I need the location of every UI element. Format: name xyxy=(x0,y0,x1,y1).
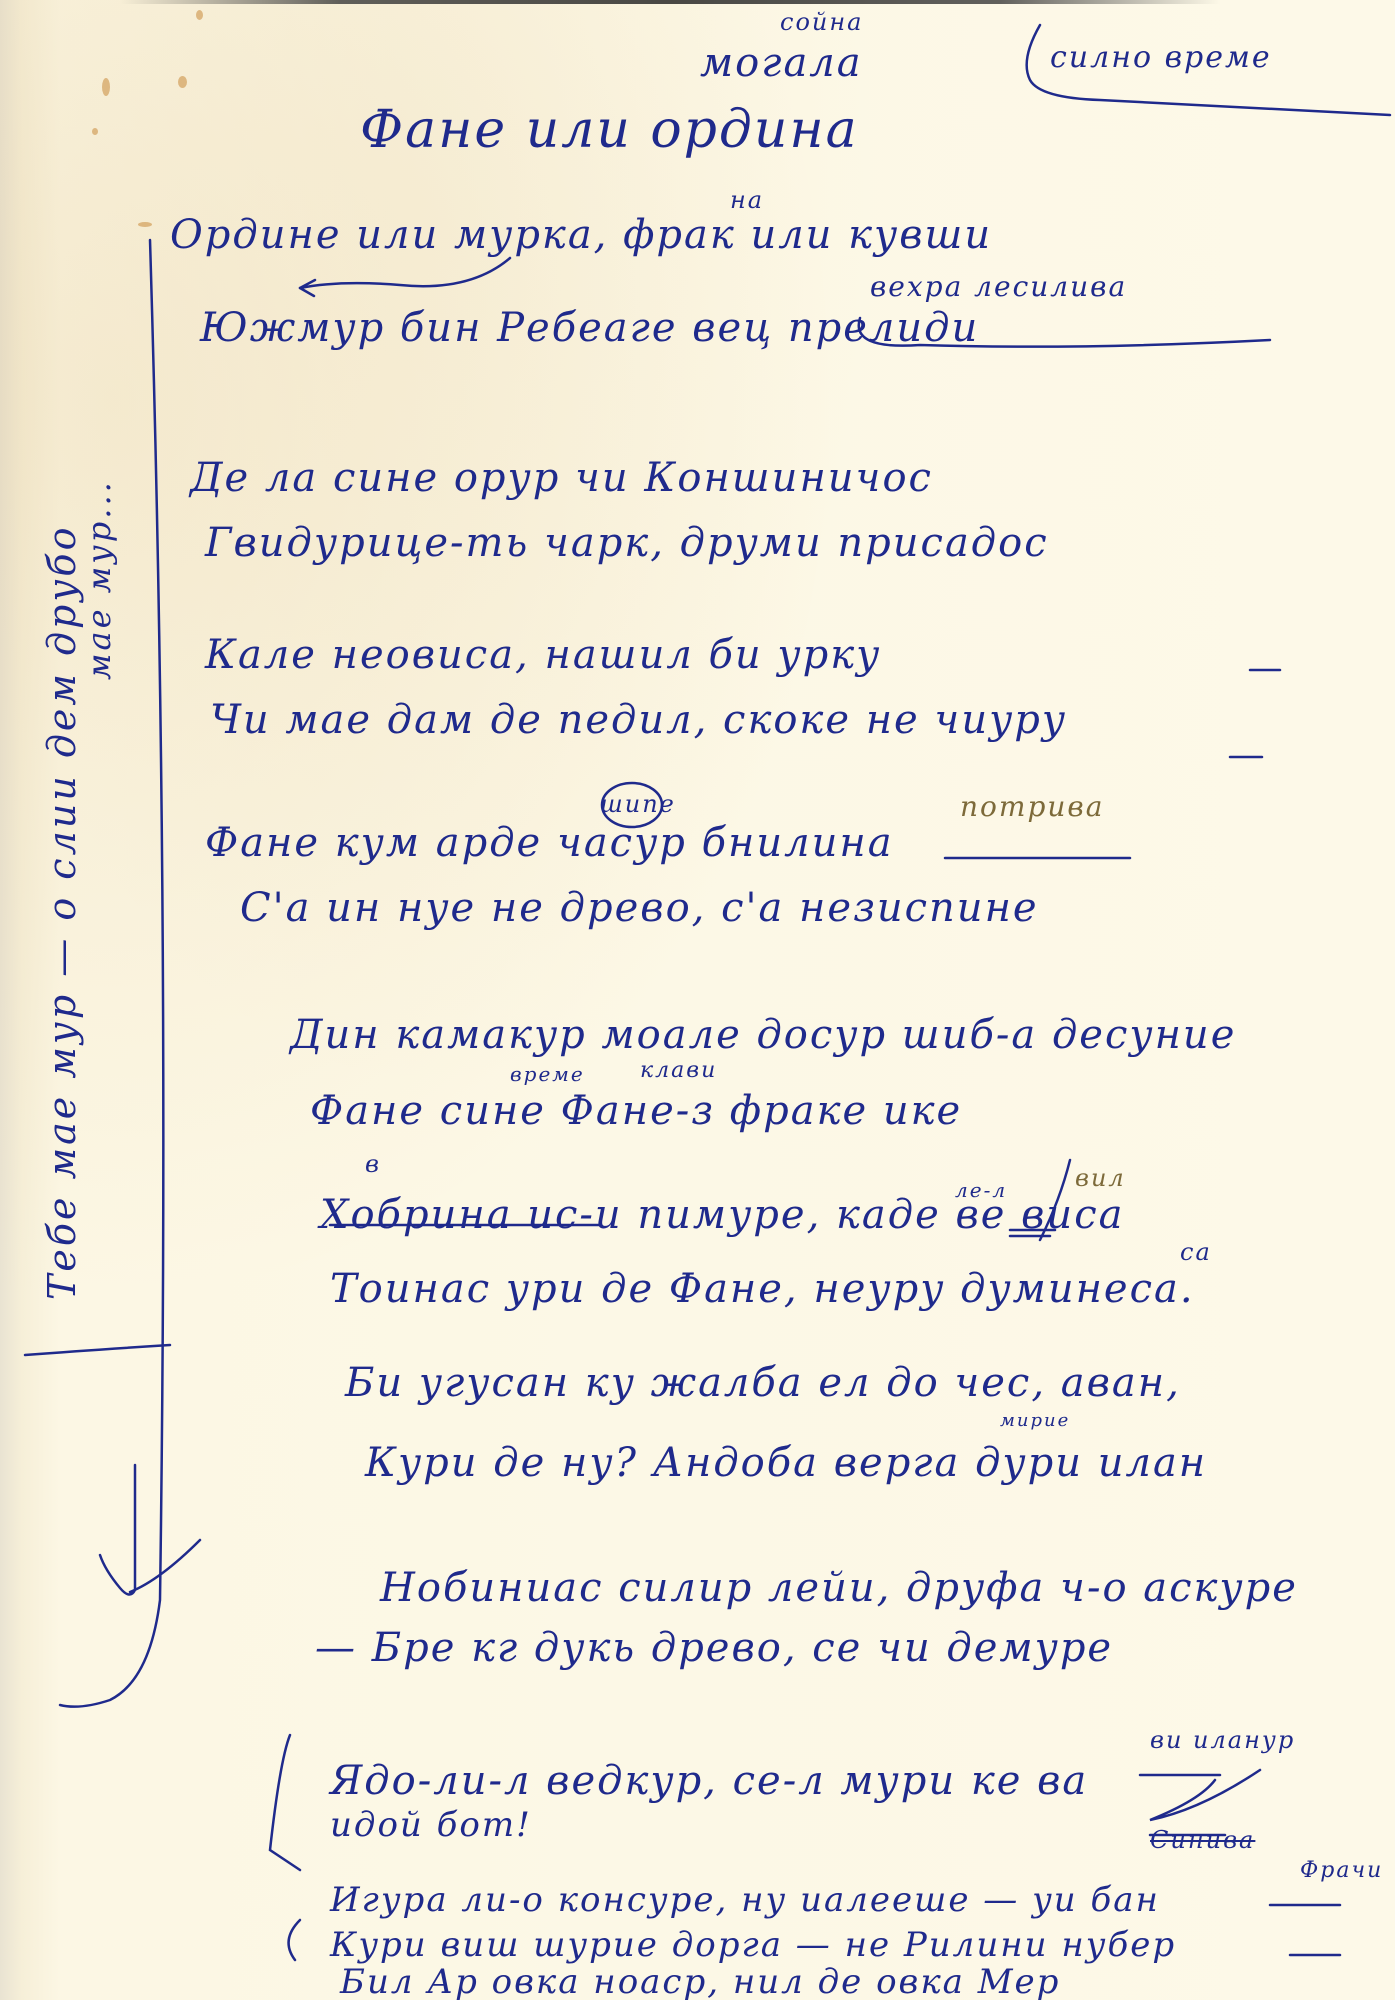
strike-stroke xyxy=(1010,1230,1055,1236)
underline-loop xyxy=(859,318,1270,347)
insertion-mark xyxy=(1040,1160,1070,1240)
circle-stroke xyxy=(602,783,662,827)
pen-strokes xyxy=(0,0,1395,2000)
bracket-stroke xyxy=(289,1920,300,1960)
arrow-stroke xyxy=(300,258,510,288)
arrow-down-icon xyxy=(100,1465,200,1595)
insertion-mark xyxy=(1150,1770,1260,1820)
bracket-stroke xyxy=(270,1735,300,1870)
arrow-head xyxy=(300,280,315,296)
long-bracket xyxy=(60,240,163,1707)
margin-underline xyxy=(25,1345,170,1355)
manuscript-page: сойна могала силно време Фане или ордина… xyxy=(0,0,1395,2000)
bracket-stroke xyxy=(1027,25,1390,115)
